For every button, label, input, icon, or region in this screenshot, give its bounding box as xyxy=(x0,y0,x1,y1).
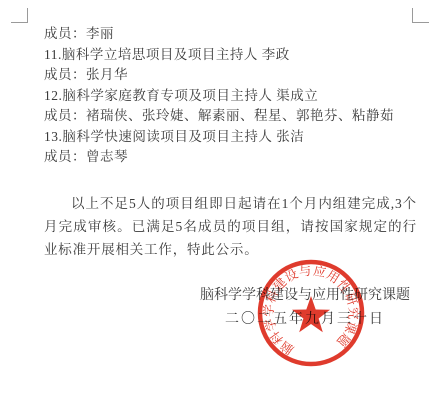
document-text-body: 成员：李丽 11.脑科学立培思项目及项目主持人 李政 成员：张月华 12.脑科学… xyxy=(44,24,417,261)
member-line: 成员：李丽 xyxy=(44,24,417,45)
member-line: 成员：曾志琴 xyxy=(44,147,417,168)
signature-org-name: 脑科学学科建设与应用性研究课题 xyxy=(200,288,410,304)
member-line: 成员：褚瑞侠、张玲婕、解素丽、程星、郭艳芬、粘静茹 xyxy=(44,106,417,127)
margin-crop-mark-top-right xyxy=(412,8,429,23)
signature-date: 二〇二五年九月三十日 xyxy=(200,312,410,328)
project-line: 13.脑科学快速阅读项目及项目主持人 张洁 xyxy=(44,127,417,148)
project-line: 12.脑科学家庭教育专项及项目主持人 渠成立 xyxy=(44,86,417,107)
notice-paragraph: 以上不足5人的项目组即日起请在1个月内组建完成,3个月完成审核。已满足5名成员的… xyxy=(44,192,417,261)
member-line: 成员：张月华 xyxy=(44,65,417,86)
document-page: 成员：李丽 11.脑科学立培思项目及项目主持人 李政 成员：张月华 12.脑科学… xyxy=(0,0,447,408)
signature-block: 脑科学学科建设与应用性研究课题 二〇二五年九月三十日 xyxy=(200,288,410,328)
project-line: 11.脑科学立培思项目及项目主持人 李政 xyxy=(44,45,417,66)
margin-crop-mark-top-left xyxy=(11,8,28,23)
